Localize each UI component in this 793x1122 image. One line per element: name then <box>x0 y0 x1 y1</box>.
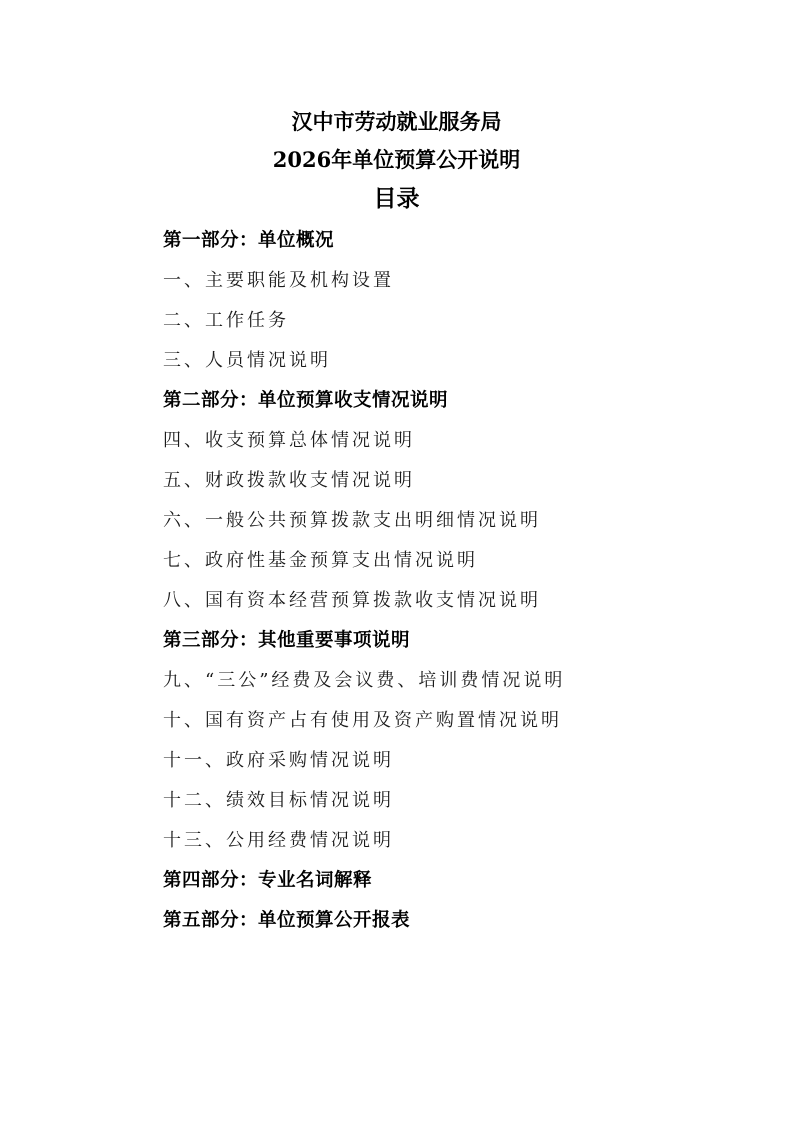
toc-item-2[interactable]: 二、工作任务 <box>163 307 565 347</box>
toc-item-11[interactable]: 十一、政府采购情况说明 <box>163 747 565 787</box>
toc-item-6[interactable]: 六、一般公共预算拨款支出明细情况说明 <box>163 507 565 547</box>
org-title: 汉中市劳动就业服务局 <box>0 108 793 136</box>
toc-item-12[interactable]: 十二、绩效目标情况说明 <box>163 787 565 827</box>
toc-part-2[interactable]: 第二部分：单位预算收支情况说明 <box>163 387 565 427</box>
toc-part-5[interactable]: 第五部分：单位预算公开报表 <box>163 907 565 947</box>
toc-item-5[interactable]: 五、财政拨款收支情况说明 <box>163 467 565 507</box>
toc-part-4[interactable]: 第四部分：专业名词解释 <box>163 867 565 907</box>
toc-item-9[interactable]: 九、“三公”经费及会议费、培训费情况说明 <box>163 667 565 707</box>
toc-item-13[interactable]: 十三、公用经费情况说明 <box>163 827 565 867</box>
toc-item-7[interactable]: 七、政府性基金预算支出情况说明 <box>163 547 565 587</box>
toc-item-4[interactable]: 四、收支预算总体情况说明 <box>163 427 565 467</box>
toc-item-3[interactable]: 三、人员情况说明 <box>163 347 565 387</box>
toc-item-1[interactable]: 一、主要职能及机构设置 <box>163 267 565 307</box>
table-of-contents: 第一部分：单位概况 一、主要职能及机构设置 二、工作任务 三、人员情况说明 第二… <box>163 227 565 947</box>
report-title: 2026年单位预算公开说明 <box>0 146 793 174</box>
toc-item-8[interactable]: 八、国有资本经营预算拨款收支情况说明 <box>163 587 565 627</box>
toc-part-1[interactable]: 第一部分：单位概况 <box>163 227 565 267</box>
toc-item-10[interactable]: 十、国有资产占有使用及资产购置情况说明 <box>163 707 565 747</box>
toc-part-3[interactable]: 第三部分：其他重要事项说明 <box>163 627 565 667</box>
toc-heading: 目录 <box>0 184 793 214</box>
